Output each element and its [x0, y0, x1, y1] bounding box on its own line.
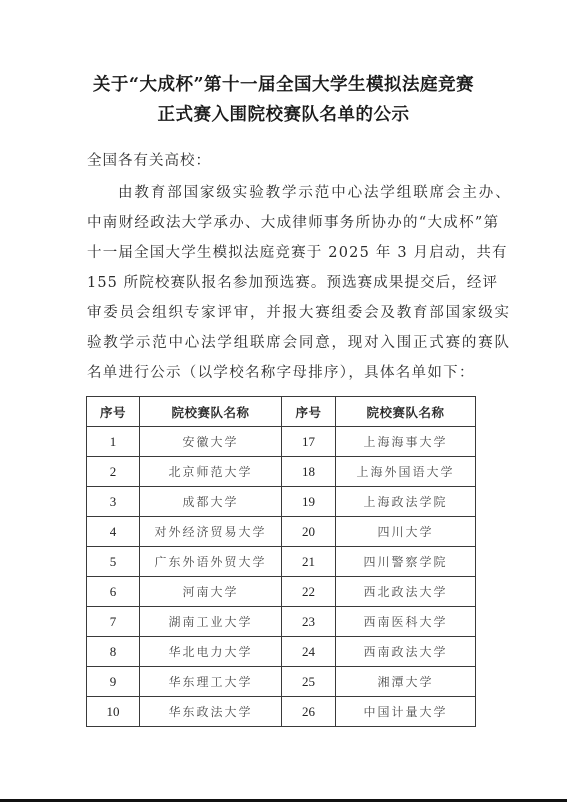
serial-cell: 5 — [87, 547, 140, 577]
serial-cell: 21 — [282, 547, 336, 577]
serial-cell: 22 — [282, 577, 336, 607]
header-serial-left: 序号 — [87, 397, 140, 427]
team-name-cell: 华东理工大学 — [140, 667, 282, 697]
body-paragraph-line: 审委员会组织专家评审，并报大赛组委会及教育部国家级实 — [87, 301, 511, 322]
team-name-cell: 西南政法大学 — [336, 637, 476, 667]
table-row: 8 华北电力大学 24 西南政法大学 — [87, 637, 476, 667]
team-name-cell: 北京师范大学 — [140, 457, 282, 487]
serial-cell: 1 — [87, 427, 140, 457]
body-paragraph-line: 中南财经政法大学承办、大成律师事务所协办的“大成杯”第 — [87, 211, 499, 232]
team-roster-table: 序号 院校赛队名称 序号 院校赛队名称 1 安徽大学 17 上海海事大学 2 北… — [86, 396, 476, 727]
serial-cell: 24 — [282, 637, 336, 667]
document-title-line-2: 正式赛入围院校赛队名单的公示 — [0, 101, 567, 126]
table-row: 5 广东外语外贸大学 21 四川警察学院 — [87, 547, 476, 577]
serial-cell: 9 — [87, 667, 140, 697]
serial-cell: 6 — [87, 577, 140, 607]
serial-cell: 10 — [87, 697, 140, 727]
table-row: 7 湖南工业大学 23 西南医科大学 — [87, 607, 476, 637]
team-name-cell: 湘潭大学 — [336, 667, 476, 697]
team-name-cell: 成都大学 — [140, 487, 282, 517]
table-row: 6 河南大学 22 西北政法大学 — [87, 577, 476, 607]
serial-cell: 23 — [282, 607, 336, 637]
team-name-cell: 上海政法学院 — [336, 487, 476, 517]
team-name-cell: 对外经济贸易大学 — [140, 517, 282, 547]
table-row: 9 华东理工大学 25 湘潭大学 — [87, 667, 476, 697]
team-name-cell: 华东政法大学 — [140, 697, 282, 727]
team-name-cell: 中国计量大学 — [336, 697, 476, 727]
serial-cell: 26 — [282, 697, 336, 727]
body-paragraph-line: 十一届全国大学生模拟法庭竞赛于 2025 年 3 月启动，共有 — [87, 241, 508, 262]
serial-cell: 18 — [282, 457, 336, 487]
table-header-row: 序号 院校赛队名称 序号 院校赛队名称 — [87, 397, 476, 427]
team-name-cell: 西南医科大学 — [336, 607, 476, 637]
serial-cell: 3 — [87, 487, 140, 517]
body-paragraph-line: 名单进行公示（以学校名称字母排序），具体名单如下： — [87, 361, 475, 382]
team-name-cell: 安徽大学 — [140, 427, 282, 457]
table-row: 2 北京师范大学 18 上海外国语大学 — [87, 457, 476, 487]
header-team-name-right: 院校赛队名称 — [336, 397, 476, 427]
team-name-cell: 湖南工业大学 — [140, 607, 282, 637]
body-paragraph-line: 155 所院校赛队报名参加预选赛。预选赛成果提交后，经评 — [87, 271, 498, 292]
salutation: 全国各有关高校： — [87, 149, 211, 170]
serial-cell: 17 — [282, 427, 336, 457]
body-paragraph-line: 由教育部国家级实验教学示范中心法学组联席会主办、 — [118, 181, 512, 202]
serial-cell: 20 — [282, 517, 336, 547]
table-row: 4 对外经济贸易大学 20 四川大学 — [87, 517, 476, 547]
serial-cell: 25 — [282, 667, 336, 697]
table-row: 10 华东政法大学 26 中国计量大学 — [87, 697, 476, 727]
serial-cell: 2 — [87, 457, 140, 487]
team-name-cell: 河南大学 — [140, 577, 282, 607]
header-team-name-left: 院校赛队名称 — [140, 397, 282, 427]
document-page: 关于“大成杯”第十一届全国大学生模拟法庭竞赛 正式赛入围院校赛队名单的公示 全国… — [0, 0, 567, 802]
body-paragraph-line: 验教学示范中心法学组联席会同意，现对入围正式赛的赛队 — [87, 331, 511, 352]
serial-cell: 8 — [87, 637, 140, 667]
team-name-cell: 四川警察学院 — [336, 547, 476, 577]
serial-cell: 19 — [282, 487, 336, 517]
serial-cell: 4 — [87, 517, 140, 547]
header-serial-right: 序号 — [282, 397, 336, 427]
team-name-cell: 广东外语外贸大学 — [140, 547, 282, 577]
serial-cell: 7 — [87, 607, 140, 637]
team-name-cell: 西北政法大学 — [336, 577, 476, 607]
team-name-cell: 四川大学 — [336, 517, 476, 547]
team-name-cell: 上海外国语大学 — [336, 457, 476, 487]
team-name-cell: 上海海事大学 — [336, 427, 476, 457]
table-row: 1 安徽大学 17 上海海事大学 — [87, 427, 476, 457]
team-name-cell: 华北电力大学 — [140, 637, 282, 667]
document-title-line-1: 关于“大成杯”第十一届全国大学生模拟法庭竞赛 — [0, 71, 567, 96]
table-row: 3 成都大学 19 上海政法学院 — [87, 487, 476, 517]
